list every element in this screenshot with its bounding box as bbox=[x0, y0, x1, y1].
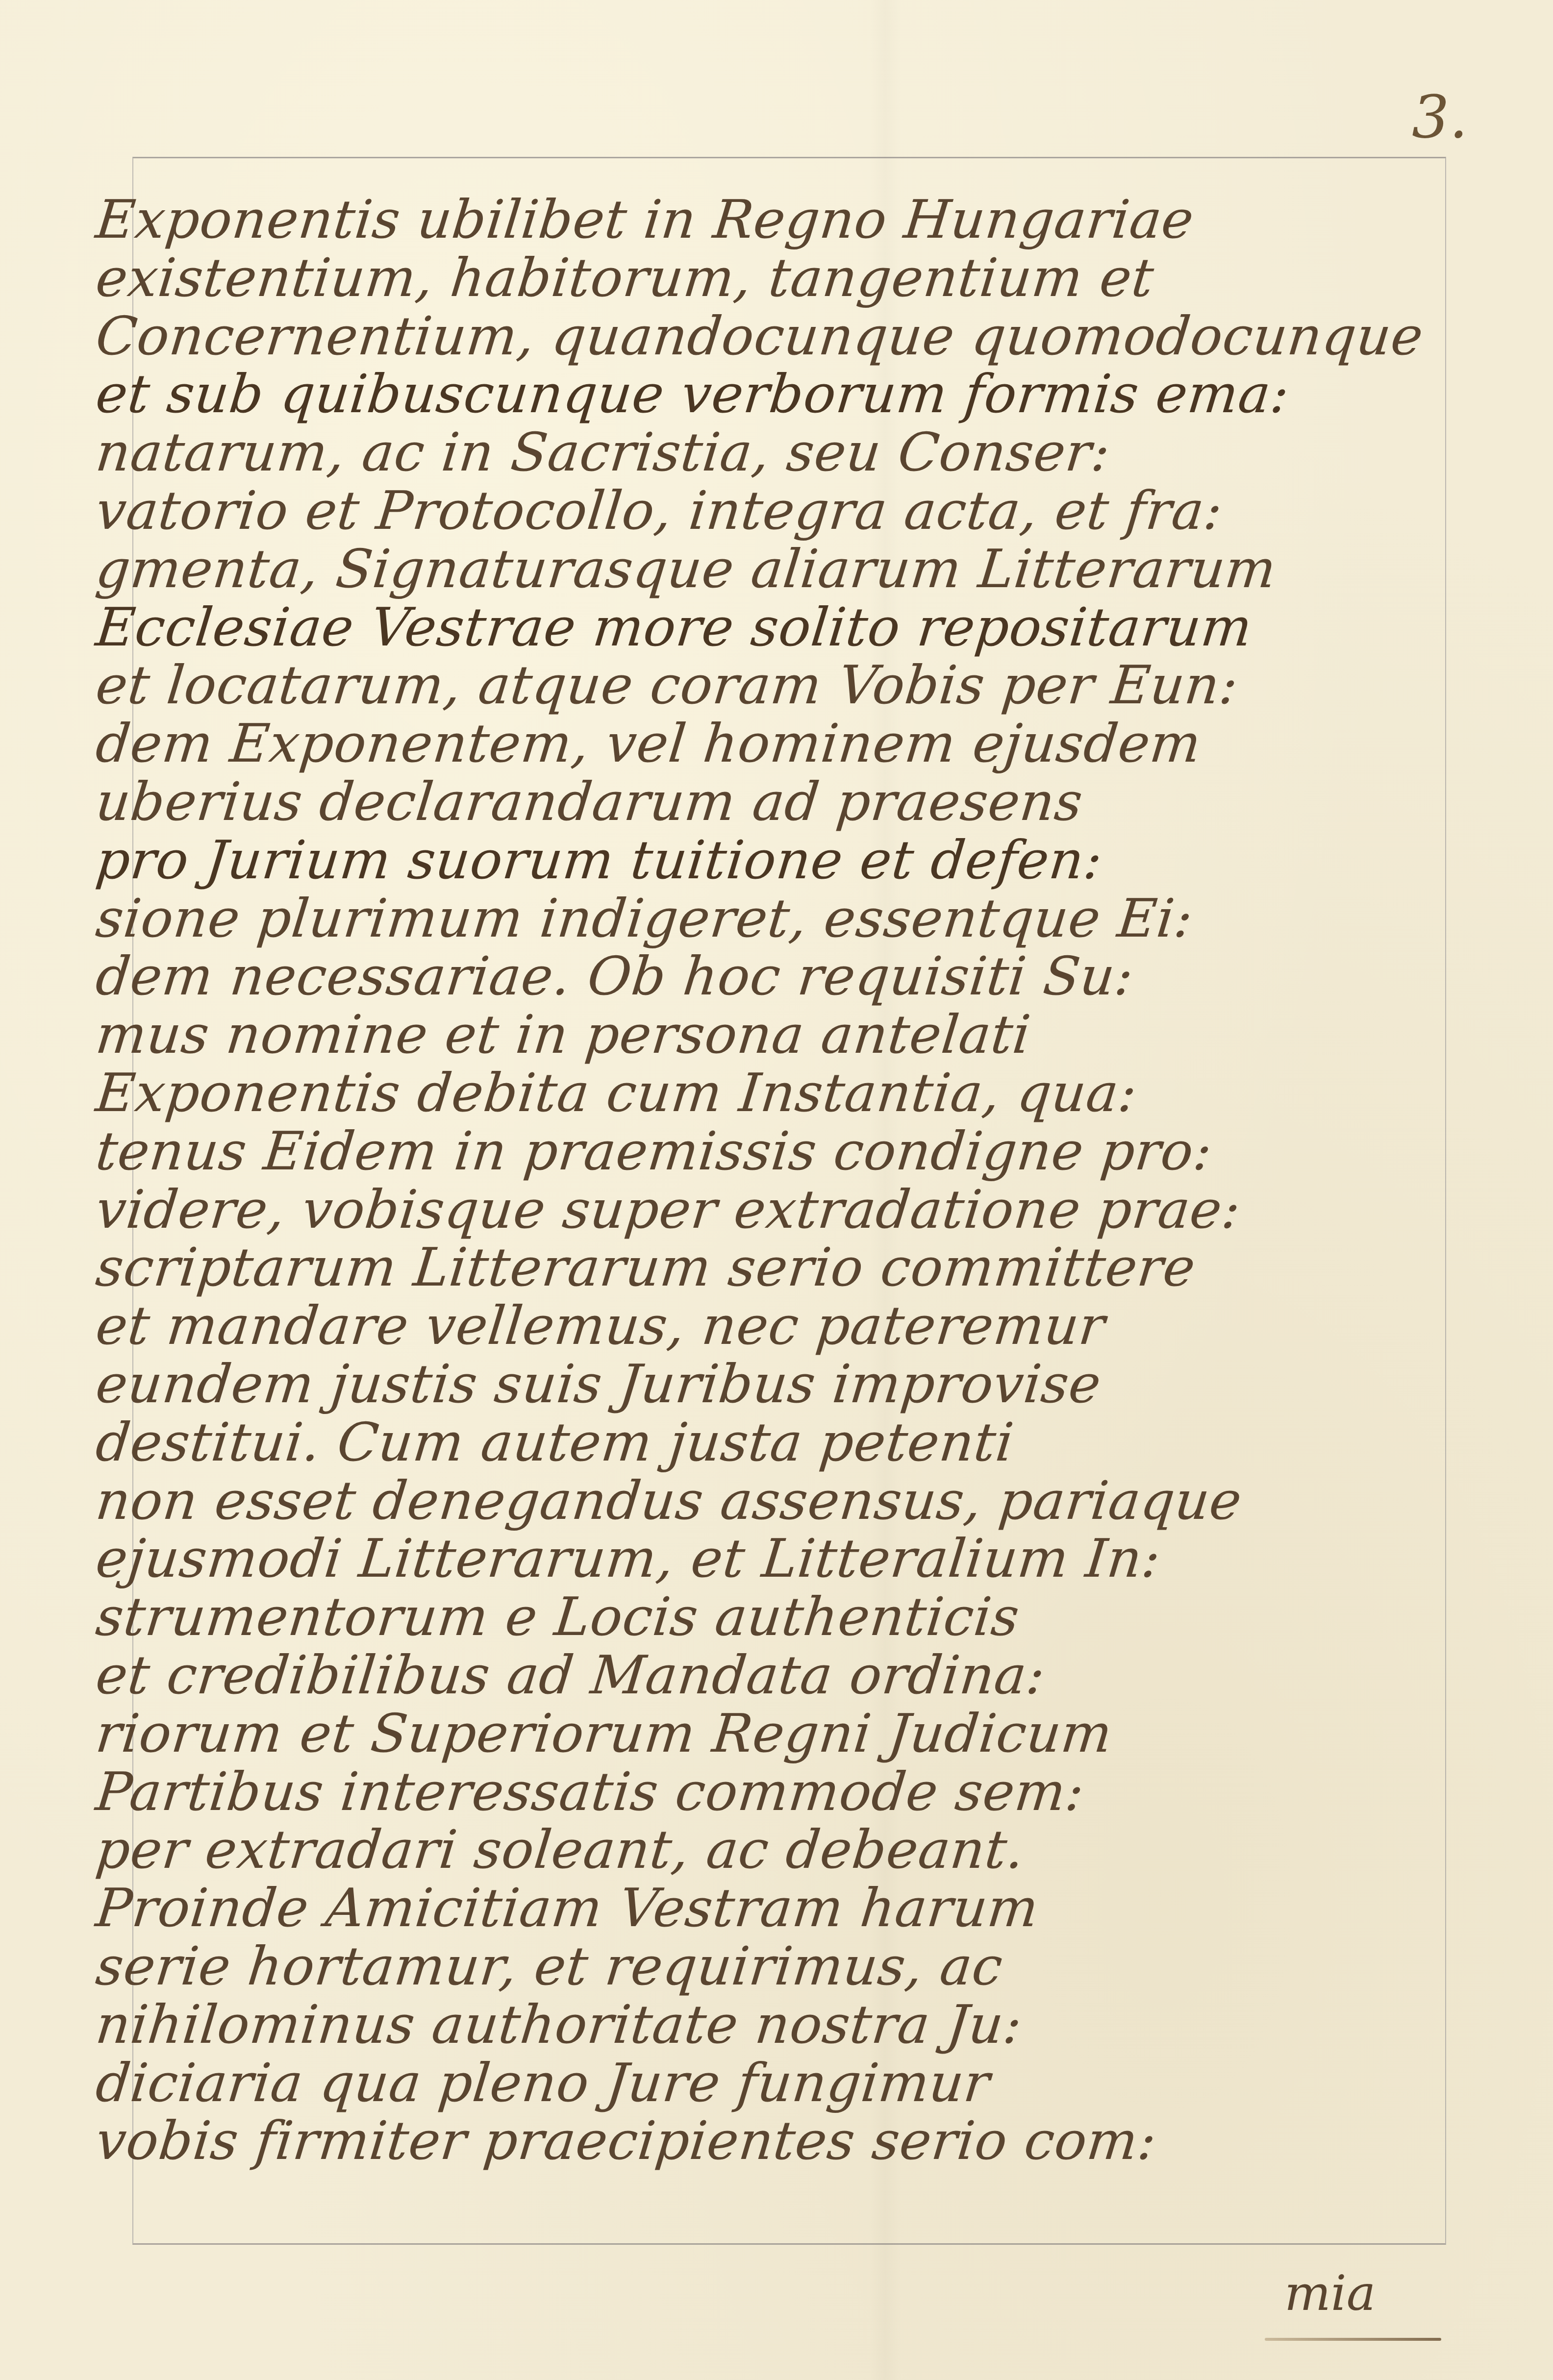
text-line: mus nomine et in persona antelati bbox=[93, 1006, 1481, 1065]
text-line: et credibilibus ad Mandata ordina: bbox=[93, 1647, 1481, 1705]
catchword: mia bbox=[1284, 2264, 1376, 2322]
text-line: pro Jurium suorum tuitione et defen: bbox=[93, 832, 1481, 890]
text-line: riorum et Superiorum Regni Judicum bbox=[93, 1705, 1481, 1763]
text-line: vobis firmiter praecipientes serio com: bbox=[93, 2112, 1481, 2171]
text-line: et sub quibuscunque verborum formis ema: bbox=[93, 366, 1481, 424]
manuscript-page: 3. Exponentis ubilibet in Regno Hungaria… bbox=[0, 0, 1553, 2380]
text-line: uberius declarandarum ad praesens bbox=[93, 773, 1481, 832]
text-line: Exponentis debita cum Instantia, qua: bbox=[93, 1065, 1481, 1123]
text-line: existentium, habitorum, tangentium et bbox=[93, 249, 1481, 308]
text-line: natarum, ac in Sacristia, seu Conser: bbox=[93, 424, 1481, 482]
manuscript-text-block: Exponentis ubilibet in Regno Hungariae e… bbox=[93, 191, 1476, 2171]
text-line: dem Exponentem, vel hominem ejusdem bbox=[93, 715, 1481, 773]
text-line: sione plurimum indigeret, essentque Ei: bbox=[93, 890, 1481, 948]
text-line: tenus Eidem in praemissis condigne pro: bbox=[93, 1123, 1481, 1181]
text-line: Concernentium, quandocunque quomodocunqu… bbox=[93, 308, 1481, 366]
text-line: scriptarum Litterarum serio committere bbox=[93, 1239, 1481, 1297]
text-line: non esset denegandus assensus, pariaque bbox=[93, 1472, 1481, 1531]
text-line: dem necessariae. Ob hoc requisiti Su: bbox=[93, 948, 1481, 1006]
text-line: Partibus interessatis commode sem: bbox=[93, 1763, 1481, 1822]
text-line: gmenta, Signaturasque aliarum Litterarum bbox=[93, 541, 1481, 599]
catchword-underline bbox=[1265, 2338, 1441, 2341]
text-line: Proinde Amicitiam Vestram harum bbox=[93, 1880, 1481, 1938]
text-line: diciaria qua pleno Jure fungimur bbox=[93, 2055, 1481, 2113]
text-line: per extradari soleant, ac debeant. bbox=[93, 1821, 1481, 1880]
text-line: videre, vobisque super extradatione prae… bbox=[93, 1181, 1481, 1240]
text-line: et locatarum, atque coram Vobis per Eun: bbox=[93, 657, 1481, 715]
text-line: eundem justis suis Juribus improvise bbox=[93, 1356, 1481, 1414]
text-line: serie hortamur, et requirimus, ac bbox=[93, 1938, 1481, 1996]
text-line: Exponentis ubilibet in Regno Hungariae bbox=[93, 191, 1481, 249]
text-line: strumentorum e Locis authenticis bbox=[93, 1588, 1481, 1647]
text-line: nihilominus authoritate nostra Ju: bbox=[93, 1996, 1481, 2055]
text-line: et mandare vellemus, nec pateremur bbox=[93, 1297, 1481, 1356]
text-line: vatorio et Protocollo, integra acta, et … bbox=[93, 482, 1481, 541]
text-line: destitui. Cum autem justa petenti bbox=[93, 1414, 1481, 1472]
text-line: Ecclesiae Vestrae more solito repositaru… bbox=[93, 599, 1481, 657]
text-line: ejusmodi Litterarum, et Litteralium In: bbox=[93, 1530, 1481, 1588]
page-number: 3. bbox=[1412, 83, 1468, 151]
